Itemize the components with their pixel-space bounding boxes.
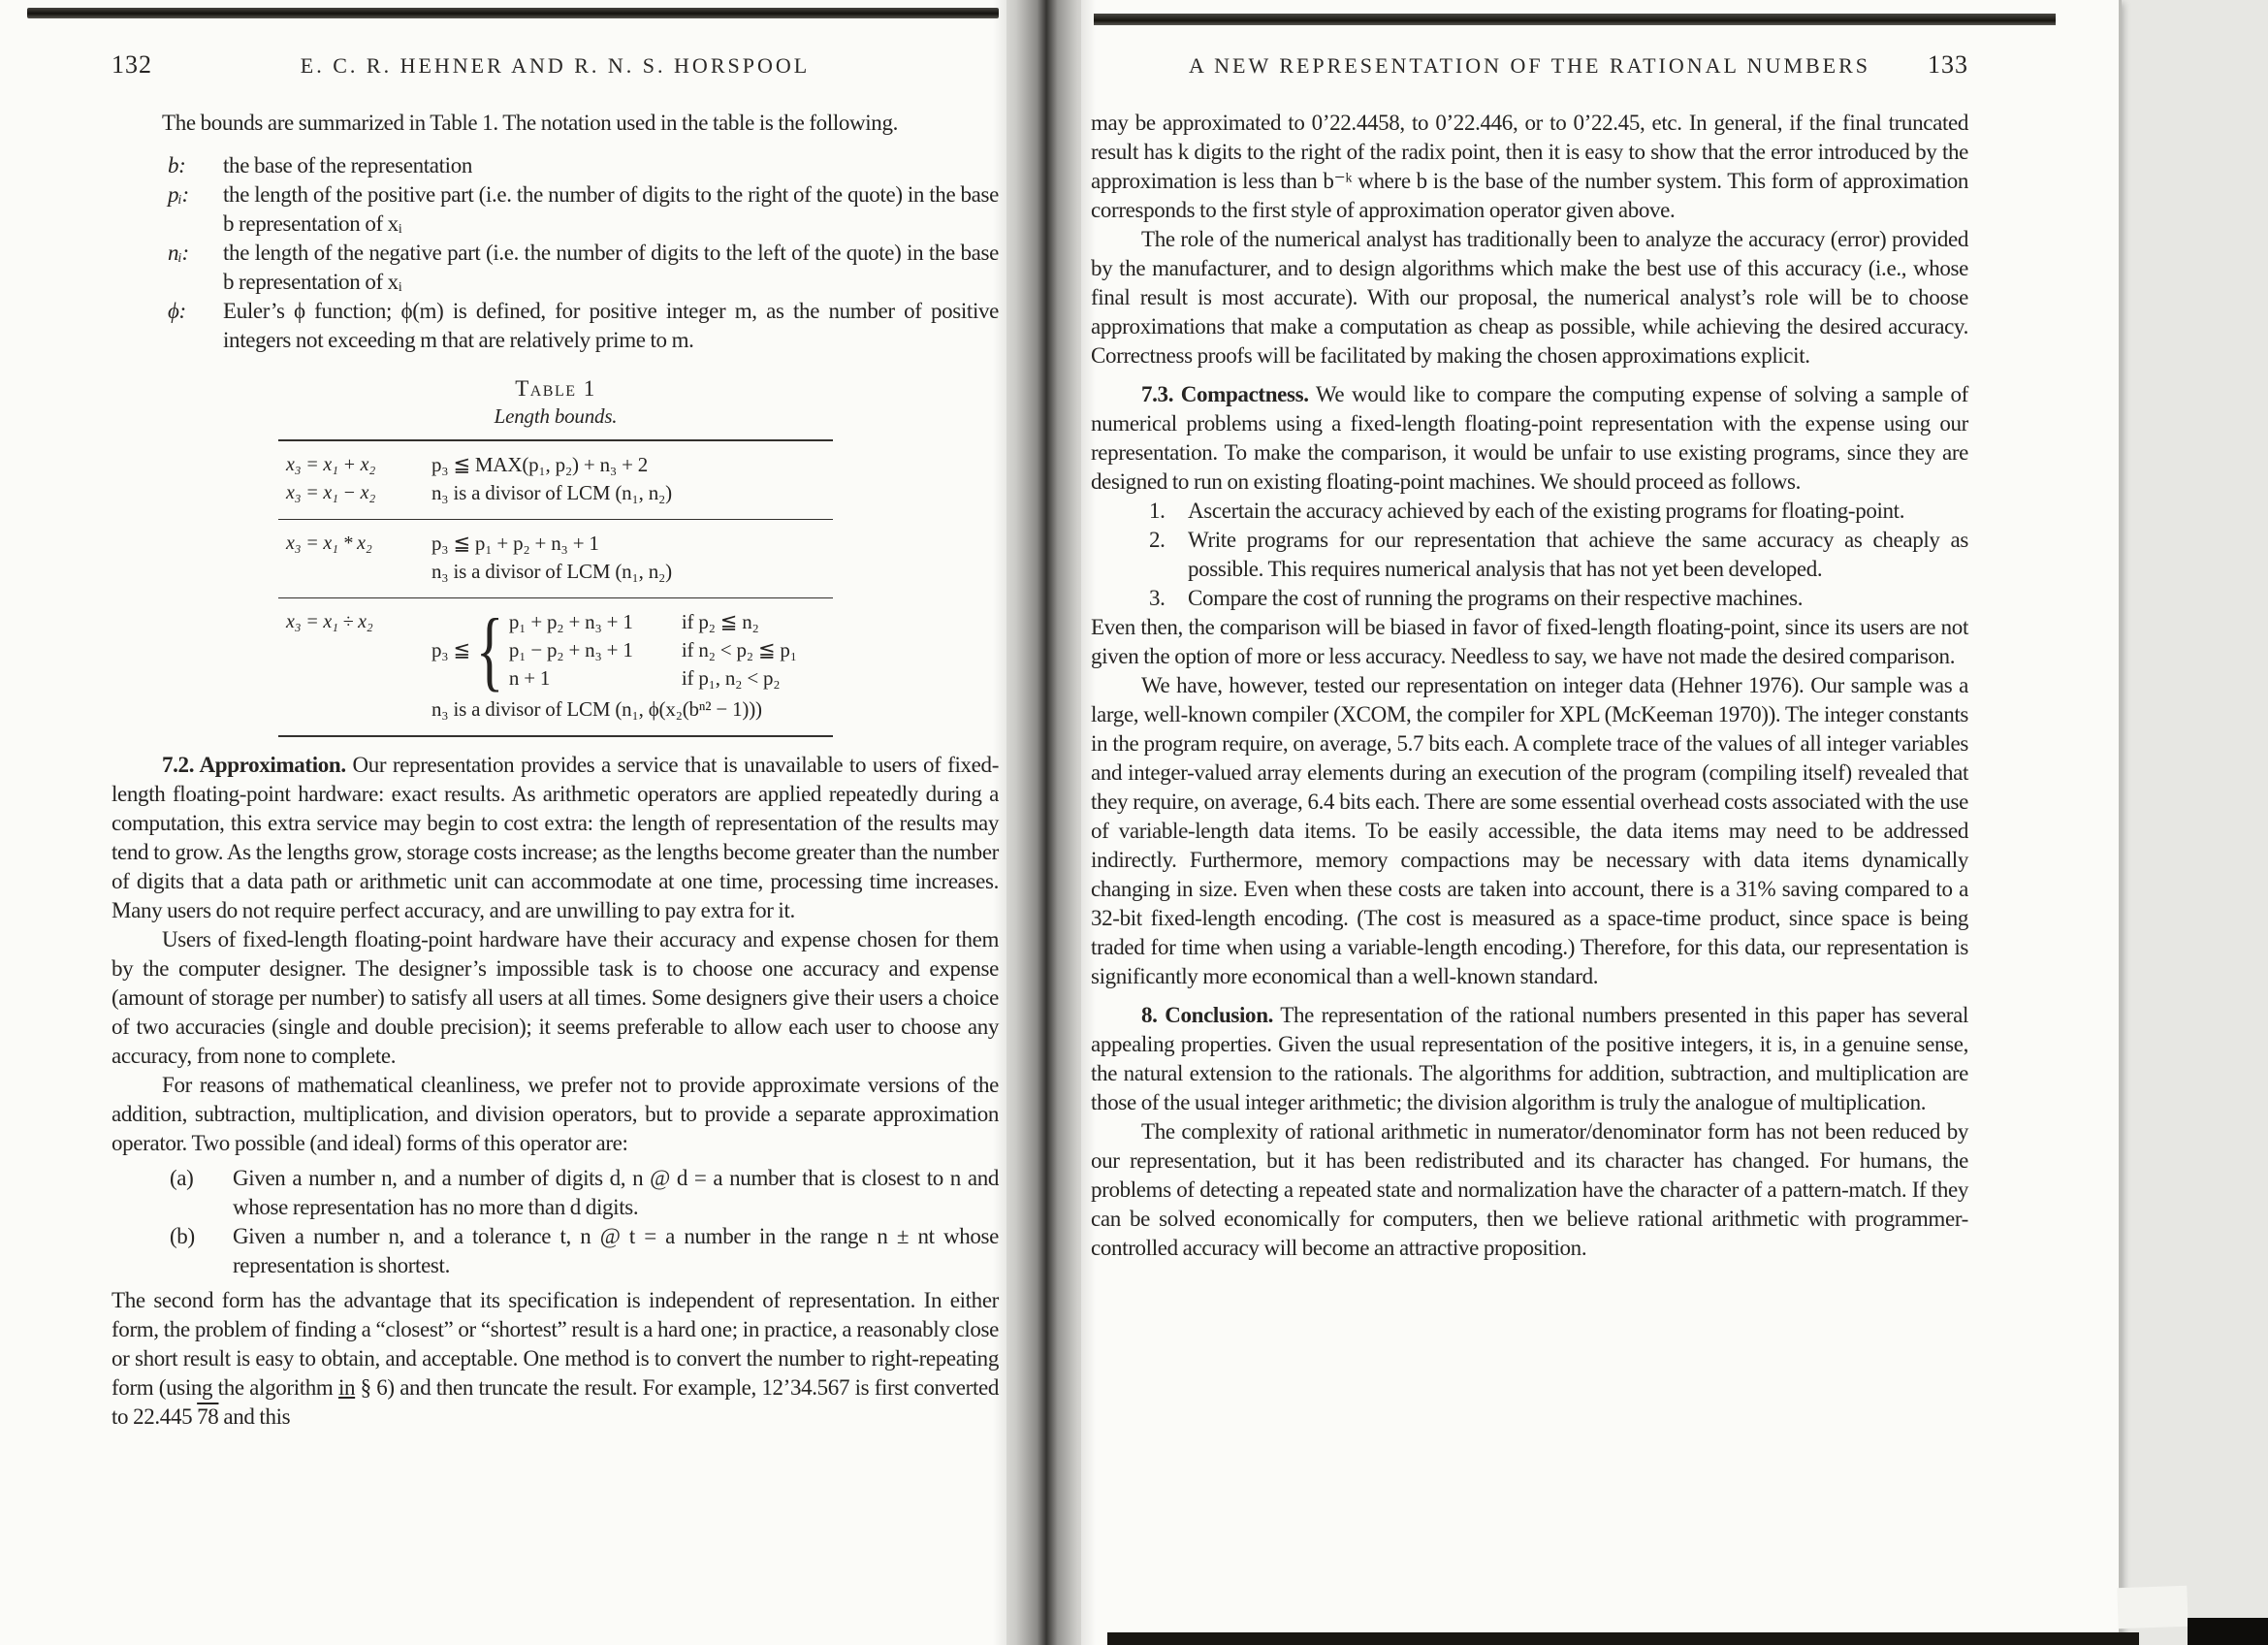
right-page-header: 133 A NEW REPRESENTATION OF THE RATIONAL…	[1091, 50, 1968, 83]
section-7-2-paragraph: 7.2. Approximation. Our representation p…	[112, 751, 999, 925]
step-number: 1.	[1149, 497, 1166, 526]
notation-definitions: b: the base of the representation pᵢ: th…	[112, 151, 999, 355]
operation: x₃ = x₁ − x₂	[286, 479, 431, 507]
table-operations-cell: x₃ = x₁ ÷ x₂	[286, 608, 431, 724]
definition-text: the length of the negative part (i.e. th…	[223, 241, 999, 294]
definition-text: the length of the positive part (i.e. th…	[223, 182, 999, 236]
paragraph-integer-data: We have, however, tested our representat…	[1091, 671, 1968, 991]
table-caption: Table 1	[278, 374, 833, 403]
table-operations-cell: x₃ = x₁ + x₂ x₃ = x₁ − x₂	[286, 451, 431, 507]
table-row-multiply: x₃ = x₁ * x₂ p₃ ≦ p₁ + p₂ + n₃ + 1 n₃ is…	[278, 520, 833, 598]
definition-item-n: nᵢ: the length of the negative part (i.e…	[112, 239, 999, 297]
case-cond: if n₂ < p₂ ≦ p₁	[682, 636, 797, 664]
step-item-1: 1. Ascertain the accuracy achieved by ea…	[1091, 497, 1968, 526]
section-heading: 8. Conclusion.	[1141, 1003, 1273, 1027]
step-number: 3.	[1149, 584, 1166, 613]
left-page-header: 132 E. C. R. HEHNER AND R. N. S. HORSPOO…	[112, 50, 999, 83]
paragraph-complexity: The complexity of rational arithmetic in…	[1091, 1117, 1968, 1263]
table-row-add-sub: x₃ = x₁ + x₂ x₃ = x₁ − x₂ p₃ ≦ MAX(p₁, p…	[278, 441, 833, 520]
case-cond: if p₂ ≦ n₂	[682, 608, 797, 636]
closing-text-3: and this	[223, 1404, 290, 1429]
overlined-digits: 78	[197, 1404, 218, 1429]
closing-paragraph: The second form has the advantage that i…	[112, 1286, 999, 1432]
running-head-left: E. C. R. HEHNER AND R. N. S. HORSPOOL	[112, 50, 999, 79]
table-bounds-cell: p₃ ≦ MAX(p₁, p₂) + n₃ + 2 n₃ is a diviso…	[431, 451, 833, 507]
table-1: Table 1 Length bounds. x₃ = x₁ + x₂ x₃ =…	[278, 374, 833, 737]
bound-formula: n₃ is a divisor of LCM (n₁, ϕ(x₂(bⁿ² − 1…	[431, 695, 833, 724]
step-item-3: 3. Compare the cost of running the progr…	[1091, 584, 1968, 613]
paragraph-even-then: Even then, the comparison will be biased…	[1091, 613, 1968, 671]
page-corner-notch	[2117, 1586, 2188, 1629]
definition-text: Euler’s ϕ function; ϕ(m) is defined, for…	[223, 299, 999, 352]
case-expr: p₁ + p₂ + n₃ + 1	[509, 608, 672, 636]
list-item-text: Given a number n, and a tolerance t, n @…	[233, 1224, 999, 1277]
brace-glyph: {	[476, 608, 504, 693]
step-text: Write programs for our representation th…	[1188, 528, 1968, 581]
scan-edge-strip-bottom	[1107, 1632, 2139, 1645]
page-number-left: 132	[112, 50, 152, 80]
definition-item-phi: ϕ: Euler’s ϕ function; ϕ(m) is defined, …	[112, 297, 999, 355]
definition-label: nᵢ:	[168, 239, 189, 268]
underlined-word: in	[338, 1375, 355, 1400]
paragraph-approximated: may be approximated to 0’22.4458, to 0’2…	[1091, 109, 1968, 225]
case-grid: p₁ + p₂ + n₃ + 1 if p₂ ≦ n₂ p₁ − p₂ + n₃…	[509, 608, 797, 693]
operation: x₃ = x₁ + x₂	[286, 451, 431, 479]
step-number: 2.	[1149, 526, 1166, 555]
list-item-label: (b)	[170, 1222, 195, 1251]
cases-expression: p₃ ≦ { p₁ + p₂ + n₃ + 1 if p₂ ≦ n₂ p₁ − …	[431, 608, 833, 693]
list-item-label: (a)	[170, 1164, 193, 1193]
table-bounds-cell: p₃ ≦ { p₁ + p₂ + n₃ + 1 if p₂ ≦ n₂ p₁ − …	[431, 608, 833, 724]
paragraph-numerical-analyst: The role of the numerical analyst has tr…	[1091, 225, 1968, 371]
case-expr: n + 1	[509, 664, 672, 693]
left-page: 132 E. C. R. HEHNER AND R. N. S. HORSPOO…	[0, 0, 1006, 1645]
section-heading: 7.2. Approximation.	[162, 753, 346, 777]
right-page: 133 A NEW REPRESENTATION OF THE RATIONAL…	[1081, 0, 2122, 1645]
cases-lhs: p₃ ≦	[431, 636, 470, 664]
step-text: Ascertain the accuracy achieved by each …	[1188, 499, 1904, 523]
operation: x₃ = x₁ ÷ x₂	[286, 608, 431, 636]
case-expr: p₁ − p₂ + n₃ + 1	[509, 636, 672, 664]
table-row-divide: x₃ = x₁ ÷ x₂ p₃ ≦ { p₁ + p₂ + n₃ + 1 if …	[278, 598, 833, 735]
page-number-right: 133	[1928, 50, 1968, 80]
case-cond: if p₁, n₂ < p₂	[682, 664, 797, 693]
definition-text: the base of the representation	[223, 153, 472, 177]
step-item-2: 2. Write programs for our representation…	[1091, 526, 1968, 584]
operation: x₃ = x₁ * x₂	[286, 530, 431, 558]
list-item-text: Given a number n, and a number of digits…	[233, 1166, 999, 1219]
definition-item-b: b: the base of the representation	[112, 151, 999, 180]
bound-formula: n₃ is a divisor of LCM (n₁, n₂)	[431, 558, 833, 586]
definition-label: ϕ:	[168, 297, 186, 326]
left-page-column: 132 E. C. R. HEHNER AND R. N. S. HORSPOO…	[112, 0, 999, 1432]
table-subcaption: Length bounds.	[278, 403, 833, 431]
bound-formula: p₃ ≦ MAX(p₁, p₂) + n₃ + 2	[431, 451, 833, 479]
running-head-right: A NEW REPRESENTATION OF THE RATIONAL NUM…	[1091, 50, 1968, 79]
definition-item-p: pᵢ: the length of the positive part (i.e…	[112, 180, 999, 239]
definition-label: b:	[168, 151, 185, 180]
list-item-b: (b) Given a number n, and a tolerance t,…	[112, 1222, 999, 1280]
scan-edge-strip-top-right	[1094, 14, 2056, 25]
table-bounds-cell: p₃ ≦ p₁ + p₂ + n₃ + 1 n₃ is a divisor of…	[431, 530, 833, 586]
list-item-a: (a) Given a number n, and a number of di…	[112, 1164, 999, 1222]
scan-edge-strip-top-left	[27, 8, 999, 18]
comparison-steps-list: 1. Ascertain the accuracy achieved by ea…	[1091, 497, 1968, 613]
paragraph-reasons: For reasons of mathematical cleanliness,…	[112, 1071, 999, 1158]
definition-label: pᵢ:	[168, 180, 189, 210]
intro-paragraph: The bounds are summarized in Table 1. Th…	[112, 109, 999, 138]
section-7-3-paragraph: 7.3. Compactness. We would like to compa…	[1091, 380, 1968, 497]
paragraph-users: Users of fixed-length floating-point har…	[112, 925, 999, 1071]
bound-formula: p₃ ≦ p₁ + p₂ + n₃ + 1	[431, 530, 833, 558]
section-8-paragraph: 8. Conclusion. The representation of the…	[1091, 1001, 1968, 1117]
table-body: x₃ = x₁ + x₂ x₃ = x₁ − x₂ p₃ ≦ MAX(p₁, p…	[278, 439, 833, 737]
section-heading: 7.3. Compactness.	[1141, 382, 1309, 406]
right-page-column: 133 A NEW REPRESENTATION OF THE RATIONAL…	[1091, 0, 1968, 1263]
step-text: Compare the cost of running the programs…	[1188, 586, 1803, 610]
table-operations-cell: x₃ = x₁ * x₂	[286, 530, 431, 586]
section-text: Our representation provides a service th…	[112, 753, 999, 922]
scan-corner-dark	[2188, 1618, 2268, 1645]
operator-forms-list: (a) Given a number n, and a number of di…	[112, 1164, 999, 1280]
bound-formula: n₃ is a divisor of LCM (n₁, n₂)	[431, 479, 833, 507]
